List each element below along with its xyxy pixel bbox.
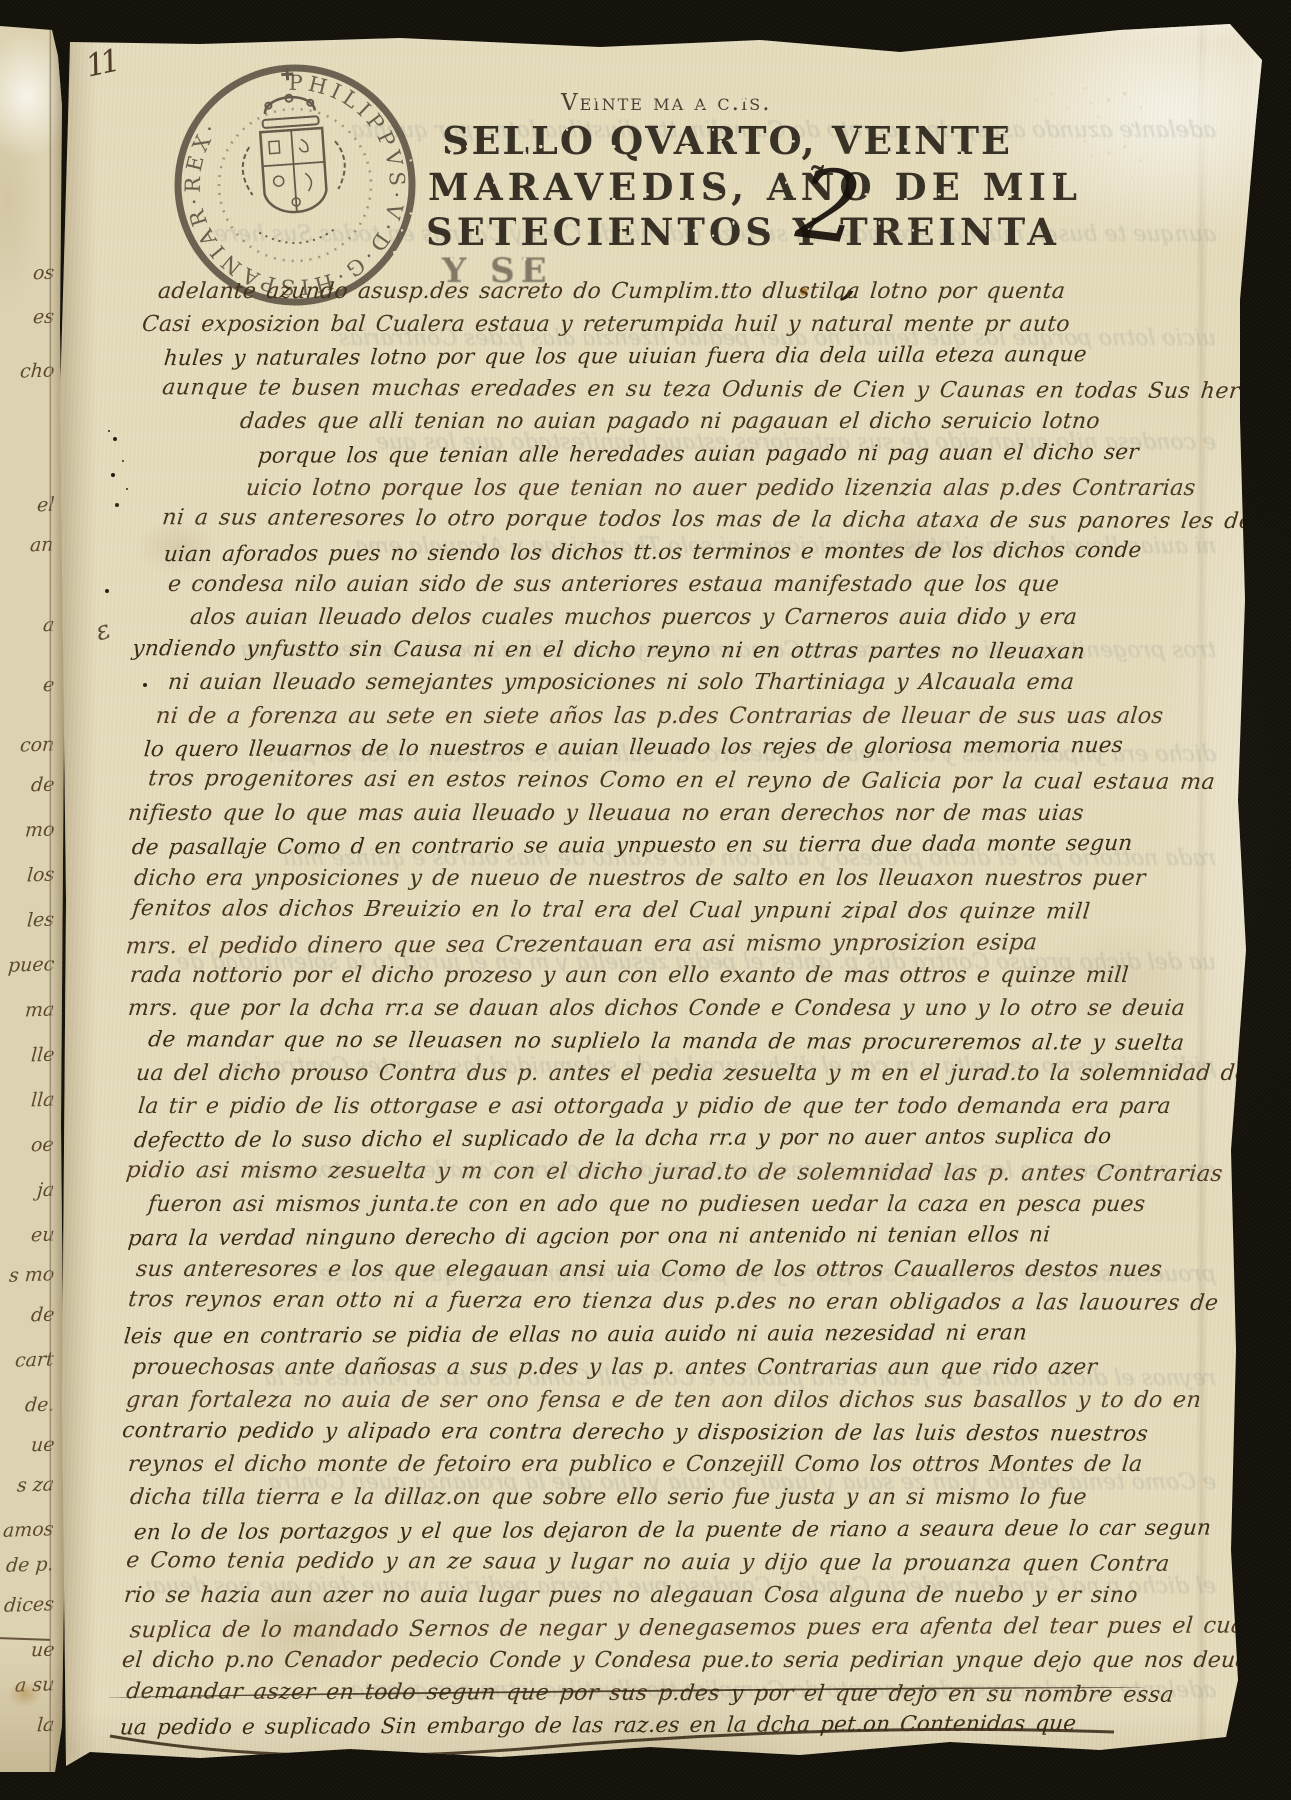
manuscript-line: rio se hazia aun azer no auia lugar pues… [107,1580,1215,1613]
previous-page-rule-line [0,1637,50,1641]
manuscript-line: lo quero lleuarnos de lo nuestros e auia… [106,730,1214,767]
manuscript-line: fenitos alos dichos Breuizio en lo tral … [106,893,1214,929]
manuscript-line: de mandar que no se lleuasen no suplielo… [106,1024,1214,1060]
manuscript-line: el dicho p.no Cenador pedecio Conde y Co… [107,1645,1215,1678]
prev-page-text-fragment: dices [3,1593,54,1617]
manuscript-line: mrs. el pedido dinero que sea Crezentaua… [106,925,1214,962]
manuscript-line: ua del dicho prouso Contra dus p. antes … [107,1058,1215,1091]
manuscript-line: ni de a forenza au sete en siete años la… [107,700,1215,733]
manuscript-line: nifiesto que lo que mas auia lleuado y l… [107,798,1215,831]
manuscript-line: defectto de lo suso dicho el suplicado d… [106,1121,1214,1158]
manuscript-line: porque los que tenian alle heredades aui… [106,437,1214,474]
manuscript-line: adelante azundo asusp.des sacreto do Cum… [107,276,1215,309]
prev-page-text-fragment: s mo [8,1263,55,1287]
ink-stain [8,1681,42,1707]
manuscript-page: adelante azundo asusp.des sacreto do Cum… [56,22,1268,1774]
handwritten-body: adelante azundo asusp.des sacreto do Cum… [108,276,1213,1743]
manuscript-line: aunque te busen muchas eredades en su te… [106,372,1214,408]
manuscript-line: suplica de lo mandado Sernos de negar y … [106,1610,1214,1647]
prev-page-text-fragment: de p. [6,1553,55,1577]
printed-title-line-3: SETECIENTOS Y TREINTA [426,210,1060,254]
prev-page-text-fragment: amos [3,1518,55,1542]
manuscript-line: para la verdad ninguno derecho di agcion… [106,1219,1214,1256]
folio-number: 11 [83,43,119,84]
manuscript-line: pidio asi mismo zesuelta y m con el dich… [106,1154,1214,1190]
prev-page-text-fragment: puec [7,953,55,977]
manuscript-line: ni auian lleuado semejantes ymposiciones… [107,667,1215,700]
manuscript-line: la tir e pidio de lis ottorgase e asi ot… [107,1091,1215,1124]
manuscript-line: tros reynos eran otto ni a fuerza ero ti… [106,1284,1214,1320]
manuscript-line: dades que alli tenian no auian pagado ni… [107,406,1215,439]
printed-revenue-line: Veinte ma a c.is. [561,90,772,116]
manuscript-line: sus anteresores e los que elegauan ansi … [107,1254,1215,1287]
manuscript-line: Casi exposizion bal Cualera estaua y ret… [107,309,1215,342]
manuscript-line: mrs. que por la dcha rr.a se dauan alos … [107,993,1215,1026]
manuscript-photograph: oseschoelanaecondemoloslespuecmallellaoe… [0,0,1291,1800]
manuscript-line: reynos el dicho monte de fetoiro era pub… [107,1449,1215,1482]
manuscript-line: dicha tilla tierra e la dillaz.on que so… [107,1482,1215,1515]
previous-page-edge: oseschoelanaecondemoloslespuecmallellaoe… [0,26,68,1772]
gutter-crease [49,26,52,1772]
printed-title-line-2: MARAVEDIS, AÑO DE MIL [428,165,1082,209]
manuscript-line: e Como tenia pedido y an ze saua y lugar… [106,1545,1214,1581]
manuscript-line: rada nottorio por el dicho prozeso y aun… [107,960,1215,993]
manuscript-line: prouechosas ante dañosas a sus p.des y l… [107,1352,1215,1385]
manuscript-line: ni a sus anteresores lo otro porque todo… [106,502,1214,538]
manuscript-line: alos auian lleuado delos cuales muchos p… [107,602,1215,635]
manuscript-line: en lo de los portazgos y el que los deja… [106,1512,1214,1549]
manuscript-line: uian aforados pues no siendo los dichos … [106,534,1214,571]
manuscript-line: hules y naturales lotno por que los que … [106,339,1214,376]
manuscript-line: contrario pedido y alipado era contra de… [106,1415,1214,1451]
manuscript-line: yndiendo ynfustto sin Causa ni en el dic… [106,633,1214,669]
ink-speckles [108,430,110,432]
manuscript-line: tros progenitores asi en estos reinos Co… [106,763,1214,799]
manuscript-line: dicho era ynposiciones y de nueuo de nue… [107,863,1215,896]
manuscript-line: leis que en contrario se pidia de ellas … [106,1317,1214,1354]
printed-title-line-1: SELLO QVARTO, VEINTE [442,118,1012,163]
manuscript-line: fueron asi mismos junta.te con en ado qu… [107,1189,1215,1222]
manuscript-line: gran fortaleza no auia de ser ono fensa … [107,1384,1215,1417]
manuscript-line: uicio lotno porque los que tenian no aue… [107,472,1215,505]
manuscript-line: de pasallaje Como d en contrario se auia… [106,828,1214,865]
manuscript-line: e condesa nilo auian sido de sus anterio… [107,569,1215,602]
